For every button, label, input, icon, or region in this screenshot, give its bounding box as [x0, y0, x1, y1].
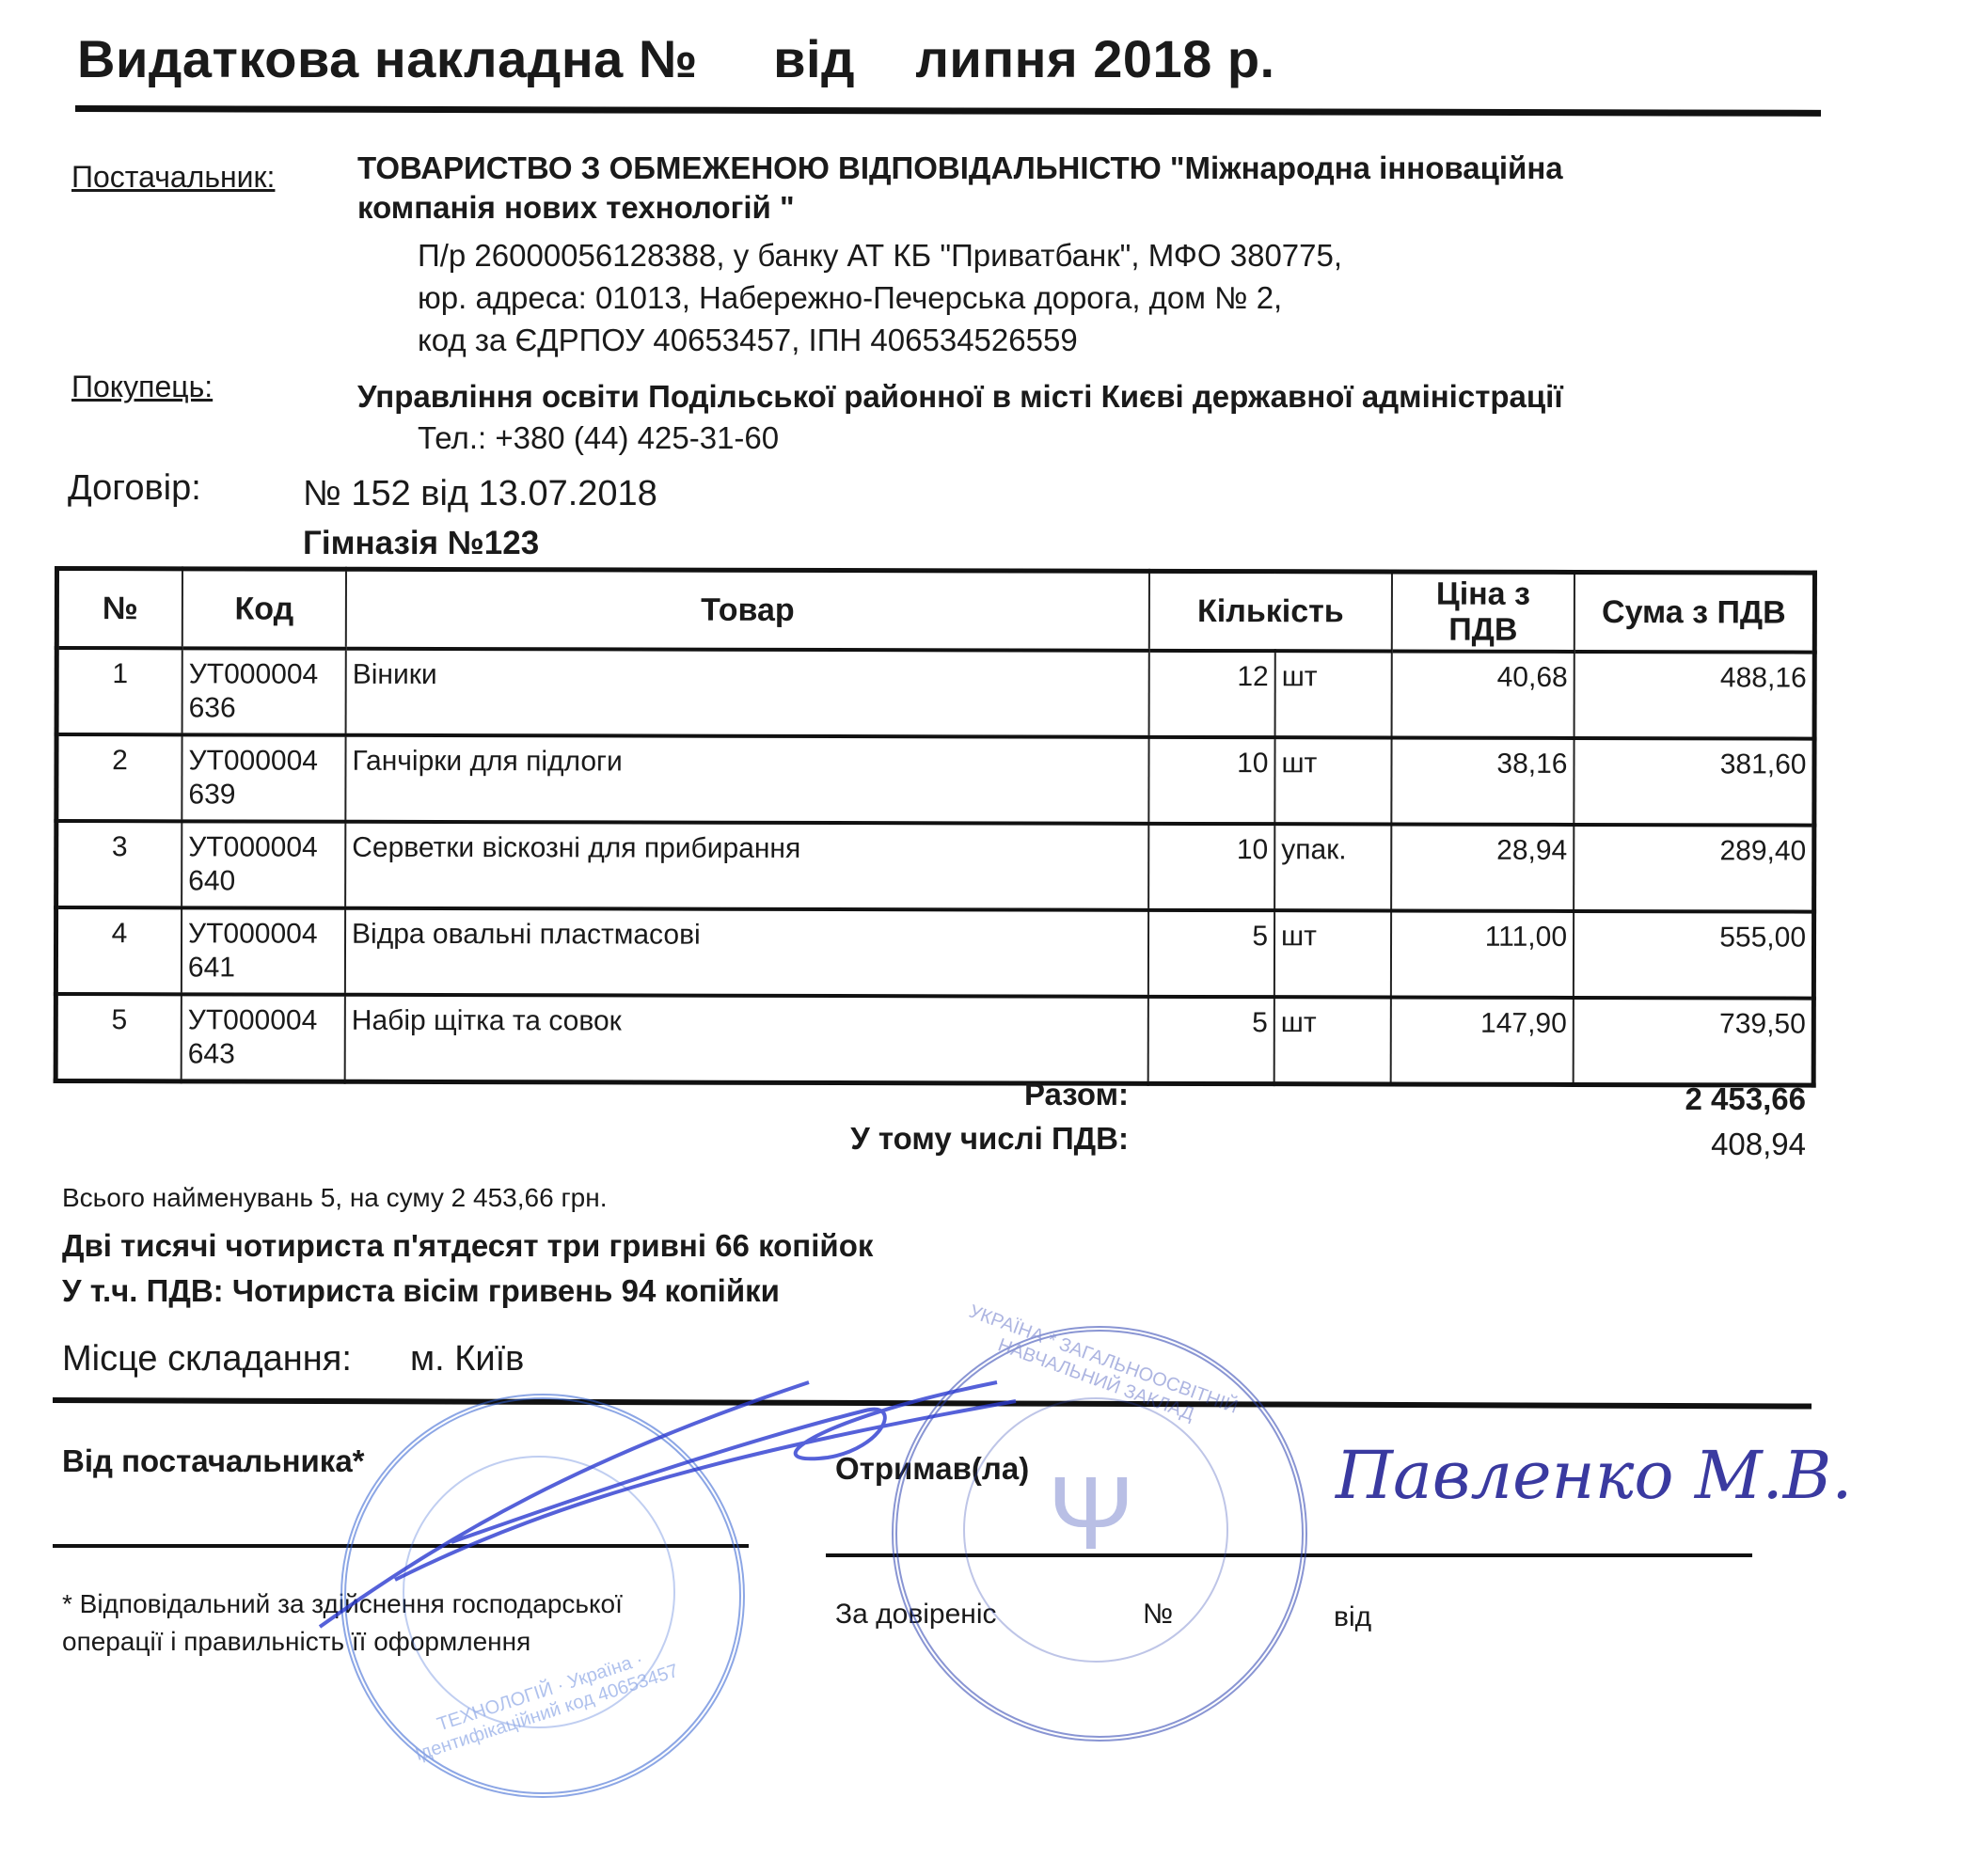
poa-date-label: від	[1334, 1601, 1371, 1633]
col-header-sum: Сума з ПДВ	[1574, 572, 1815, 652]
row-sum: 739,50	[1574, 998, 1814, 1085]
row-code-line2: 636	[189, 691, 340, 725]
table-row: 2 УТ000004639 Ганчірки для підлоги 10 шт…	[56, 734, 1814, 826]
total-in-words: Дві тисячі чотириста п'ятдесят три гривн…	[62, 1228, 873, 1264]
buyer-label: Покупець:	[71, 370, 213, 404]
table-row: 5 УТ000004643 Набір щітка та совок 5 шт …	[55, 994, 1813, 1085]
col-header-num: №	[56, 569, 182, 649]
row-price: 111,00	[1391, 910, 1574, 997]
row-code: УТ000004641	[182, 907, 345, 994]
row-code: УТ000004640	[182, 821, 345, 907]
supplier-address: юр. адреса: 01013, Набережно-Печерська д…	[418, 280, 1282, 316]
row-code-line1: УТ000004	[188, 830, 339, 864]
document-title: Видаткова накладна № від липня 2018 р.	[77, 28, 1275, 89]
contract-label: Договір:	[68, 468, 201, 509]
row-price: 40,68	[1392, 651, 1574, 737]
row-qty: 10	[1148, 737, 1274, 824]
vat-value: 408,94	[1524, 1127, 1806, 1162]
col-header-price-line1: Ціна з	[1399, 575, 1568, 611]
col-header-code: Код	[182, 569, 346, 649]
row-num: 4	[55, 907, 182, 994]
row-qty: 12	[1149, 651, 1275, 737]
row-name: Віники	[346, 649, 1149, 737]
supplier-name-line1: ТОВАРИСТВО З ОБМЕЖЕНОЮ ВІДПОВІДАЛЬНІСТЮ …	[357, 150, 1563, 186]
row-name: Серветки віскозні для прибирання	[345, 822, 1148, 910]
vat-in-words: У т.ч. ПДВ: Чотириста вісім гривень 94 к…	[62, 1273, 780, 1309]
vat-label: У тому числі ПДВ:	[564, 1121, 1129, 1157]
row-code-line1: УТ000004	[188, 744, 339, 778]
items-count-summary: Всього найменувань 5, на суму 2 453,66 г…	[62, 1183, 607, 1213]
total-value: 2 453,66	[1524, 1081, 1806, 1117]
row-num: 1	[56, 648, 182, 734]
table-row: 4 УТ000004641 Відра овальні пластмасові …	[55, 907, 1813, 999]
row-num: 2	[56, 734, 182, 821]
row-unit: шт	[1274, 997, 1391, 1084]
col-header-price-line2: ПДВ	[1399, 611, 1568, 647]
row-num: 5	[55, 994, 182, 1081]
row-unit: шт	[1274, 910, 1391, 997]
table-row: 1 УТ000004636 Віники 12 шт 40,68 488,16	[56, 648, 1814, 739]
row-name: Ганчірки для підлоги	[345, 735, 1148, 824]
row-code-line2: 640	[188, 864, 339, 898]
row-sum: 289,40	[1574, 825, 1814, 912]
total-label: Разом:	[564, 1077, 1129, 1112]
row-price: 147,90	[1391, 997, 1574, 1084]
col-header-qty: Кількість	[1149, 571, 1392, 651]
items-table: № Код Товар Кількість Ціна з ПДВ Сума з …	[54, 566, 1817, 1088]
school-name: Гімназія №123	[303, 525, 539, 562]
row-qty: 5	[1148, 910, 1274, 997]
col-header-price: Ціна з ПДВ	[1392, 572, 1574, 652]
col-header-name: Товар	[346, 569, 1149, 651]
row-num: 3	[56, 821, 182, 907]
supplier-bank: П/р 26000056128388, у банку АТ КБ "Прива…	[418, 238, 1342, 274]
row-code-line2: 641	[188, 951, 339, 985]
row-code-line2: 639	[188, 778, 339, 812]
row-sum: 381,60	[1574, 738, 1814, 826]
contract-value: № 152 від 13.07.2018	[303, 474, 657, 514]
row-price: 28,94	[1391, 824, 1574, 910]
supplier-codes: код за ЄДРПОУ 40653457, ІПН 406534526559	[418, 323, 1078, 358]
row-code-line1: УТ000004	[188, 917, 339, 951]
row-qty: 5	[1148, 997, 1274, 1084]
row-code-line1: УТ000004	[189, 657, 340, 691]
supplier-label: Постачальник:	[71, 160, 275, 195]
supplier-handwritten-signature	[282, 1345, 1035, 1655]
row-sum: 555,00	[1574, 911, 1814, 999]
buyer-name: Управління освіти Подільської районної в…	[357, 379, 1563, 415]
supplier-name-line2: компанія нових технологій "	[357, 190, 795, 226]
receiver-handwritten-signature: Павленко М.В.	[1336, 1437, 1852, 1514]
row-code: УТ000004636	[182, 648, 346, 734]
row-name: Набір щітка та совок	[345, 995, 1148, 1084]
row-code: УТ000004643	[182, 994, 345, 1081]
row-unit: упак.	[1274, 824, 1391, 910]
row-sum: 488,16	[1574, 652, 1815, 739]
row-unit: шт	[1274, 737, 1391, 824]
table-header-row: № Код Товар Кількість Ціна з ПДВ Сума з …	[56, 569, 1814, 653]
trident-emblem-icon: Ψ	[1048, 1454, 1134, 1573]
row-code: УТ000004639	[182, 734, 345, 821]
row-code-line2: 643	[188, 1037, 339, 1071]
row-name: Відра овальні пластмасові	[345, 908, 1148, 997]
row-qty: 10	[1148, 824, 1274, 910]
row-unit: шт	[1275, 651, 1392, 737]
buyer-phone: Тел.: +380 (44) 425-31-60	[418, 420, 779, 456]
table-row: 3 УТ000004640 Серветки віскозні для приб…	[56, 821, 1814, 912]
title-divider	[75, 105, 1821, 117]
row-code-line1: УТ000004	[188, 1003, 339, 1037]
row-price: 38,16	[1391, 737, 1574, 824]
